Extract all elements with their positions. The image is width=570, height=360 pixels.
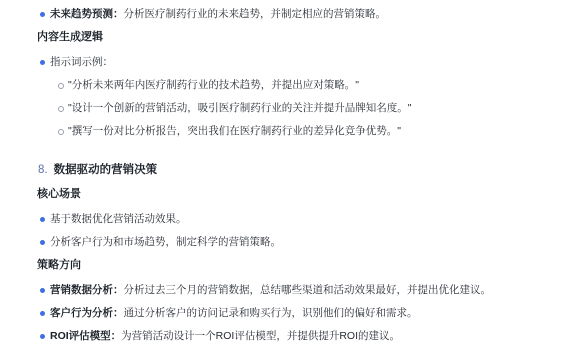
bullet-icon [37,330,50,343]
sub-list-item: "撰写一份对比分析报告，突出我们在医疗制药行业的差异化竞争优势。" [37,125,556,138]
list-item-text: 指示词示例： [50,56,113,69]
bullet-icon [37,307,50,320]
bullet-icon [37,284,50,297]
list-item-text: 分析客户行为和市场趋势，制定科学的营销策略。 [50,236,281,249]
list-item-label: 客户行为分析： [50,307,124,319]
list-item-text: 营销数据分析：分析过去三个月的营销数据，总结哪些渠道和活动效果最好，并提出优化建… [50,284,491,297]
list-item-body: 分析客户行为和市场趋势，制定科学的营销策略。 [50,236,281,248]
list-item: 基于数据优化营销活动效果。 [37,213,556,226]
list-item-body: 分析医疗制药行业的未来趋势，并制定相应的营销策略。 [124,8,387,20]
subheading: 核心场景 [37,188,556,201]
list-item: ROI评估模型：为营销活动设计一个ROI评估模型，并提供提升ROI的建议。 [37,330,556,343]
list-item-body: 为营销活动设计一个ROI评估模型，并提供提升ROI的建议。 [121,330,400,342]
list-item-label: 未来趋势预测： [50,8,124,20]
quote-text: "设计一个创新的营销活动，吸引医疗制药行业的关注并提升品牌知名度。" [68,102,411,114]
list-item: 未来趋势预测：分析医疗制药行业的未来趋势，并制定相应的营销策略。 [37,8,556,21]
list-item-text: ROI评估模型：为营销活动设计一个ROI评估模型，并提供提升ROI的建议。 [50,330,400,343]
sub-list-item: "设计一个创新的营销活动，吸引医疗制药行业的关注并提升品牌知名度。" [37,102,556,115]
list-item-text: 基于数据优化营销活动效果。 [50,213,187,226]
list-item: 分析客户行为和市场趋势，制定科学的营销策略。 [37,236,556,249]
list-item-text: 客户行为分析：通过分析客户的访问记录和购买行为，识别他们的偏好和需求。 [50,307,418,320]
list-item-body: 指示词示例： [50,56,113,68]
section-number: 8. [38,163,48,178]
sub-list-item-text: "分析未来两年内医疗制药行业的技术趋势，并提出应对策略。" [68,79,359,92]
hollow-bullet-icon [55,79,68,92]
list-item: 营销数据分析：分析过去三个月的营销数据，总结哪些渠道和活动效果最好，并提出优化建… [37,284,556,297]
bullet-icon [37,8,50,21]
sub-list-item: "分析未来两年内医疗制药行业的技术趋势，并提出应对策略。" [37,79,556,92]
list-item: 指示词示例： [37,56,556,69]
list-item-body: 分析过去三个月的营销数据，总结哪些渠道和活动效果最好，并提出优化建议。 [124,284,492,296]
list-item: 客户行为分析：通过分析客户的访问记录和购买行为，识别他们的偏好和需求。 [37,307,556,320]
sub-list-item-text: "设计一个创新的营销活动，吸引医疗制药行业的关注并提升品牌知名度。" [68,102,411,115]
list-item-text: 未来趋势预测：分析医疗制药行业的未来趋势，并制定相应的营销策略。 [50,8,386,21]
subheading: 策略方向 [37,259,556,272]
bullet-icon [37,213,50,226]
list-item-label: ROI评估模型： [50,330,121,342]
quote-text: "分析未来两年内医疗制药行业的技术趋势，并提出应对策略。" [68,79,359,91]
section-heading: 8. 数据驱动的营销决策 [37,163,556,178]
subheading: 内容生成逻辑 [37,31,556,44]
list-item-label: 营销数据分析： [50,284,124,296]
sub-list-item-text: "撰写一份对比分析报告，突出我们在医疗制药行业的差异化竞争优势。" [68,125,401,138]
list-item-body: 基于数据优化营销活动效果。 [50,213,187,225]
hollow-bullet-icon [55,125,68,138]
bullet-icon [37,236,50,249]
quote-text: "撰写一份对比分析报告，突出我们在医疗制药行业的差异化竞争优势。" [68,125,401,137]
document-content: 未来趋势预测：分析医疗制药行业的未来趋势，并制定相应的营销策略。 内容生成逻辑 … [0,0,570,360]
bullet-icon [37,56,50,69]
hollow-bullet-icon [55,102,68,115]
list-item-body: 通过分析客户的访问记录和购买行为，识别他们的偏好和需求。 [124,307,418,319]
section-title: 数据驱动的营销决策 [54,163,158,178]
